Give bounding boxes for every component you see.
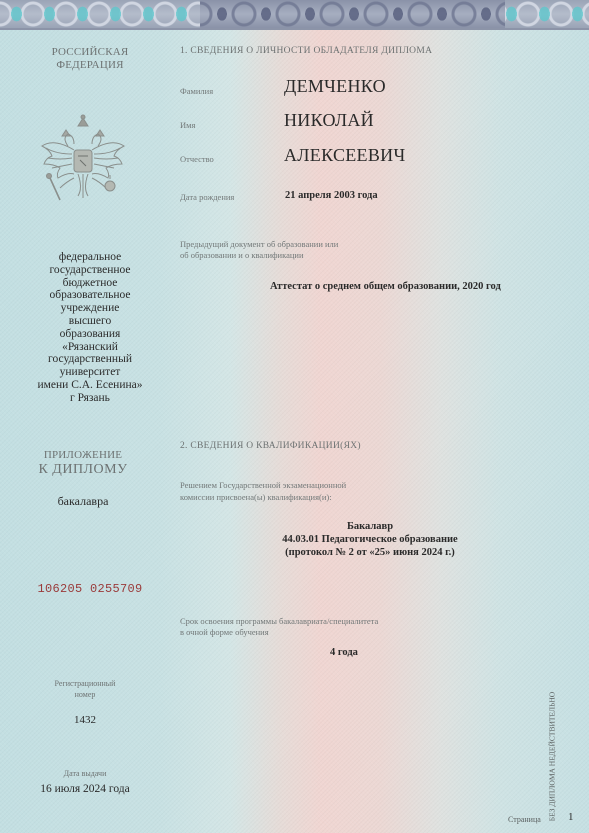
study-term-value: 4 года <box>330 647 358 658</box>
university-line: г Рязань <box>16 392 164 405</box>
reg-label-line-1: Регистрационный <box>30 678 140 689</box>
qualification-block: Бакалавр 44.03.01 Педагогическое образов… <box>230 520 510 559</box>
university-line: «Рязанский <box>16 341 164 354</box>
university-line: образовательное <box>16 289 164 302</box>
page-label: Страница <box>508 815 541 824</box>
qualification-title: Бакалавр <box>230 520 510 533</box>
prev-doc-label-line-2: об образовании и о квалификации <box>180 250 338 261</box>
surname-value: ДЕМЧЕНКО <box>284 76 386 97</box>
university-line: бюджетное <box>16 277 164 290</box>
university-line: высшего <box>16 315 164 328</box>
university-line: образования <box>16 328 164 341</box>
term-label-line-2: в очной форме обучения <box>180 627 378 638</box>
decision-line-2: комиссии присвоена(ы) квалификация(и): <box>180 491 346 503</box>
country-line-1: РОССИЙСКАЯ <box>22 46 158 59</box>
university-line: университет <box>16 366 164 379</box>
birth-date-value: 21 апреля 2003 года <box>285 190 378 201</box>
validity-note-vertical: БЕЗ ДИПЛОМА НЕДЕЙСТВИТЕЛЬНО <box>548 677 557 833</box>
university-line: учреждение <box>16 302 164 315</box>
supplement-title-line1: ПРИЛОЖЕНИЕ <box>22 449 144 461</box>
qualification-program: 44.03.01 Педагогическое образование <box>230 533 510 546</box>
university-line: государственное <box>16 264 164 277</box>
previous-document-value: Аттестат о среднем общем образовании, 20… <box>270 281 501 292</box>
patronymic-label: Отчество <box>180 154 214 164</box>
page-number: 1 <box>568 811 574 823</box>
decision-line-1: Решением Государственной экзаменационной <box>180 479 346 491</box>
university-line: федеральное <box>16 251 164 264</box>
qualification-protocol: (протокол № 2 от «25» июня 2024 г.) <box>230 546 510 559</box>
issue-date: 16 июля 2024 года <box>15 783 155 795</box>
prev-doc-label-line-1: Предыдущий документ об образовании или <box>180 239 338 250</box>
reg-label-line-2: номер <box>30 689 140 700</box>
first-name-value: НИКОЛАЙ <box>284 110 374 131</box>
surname-label: Фамилия <box>180 86 213 96</box>
country-line-2: ФЕДЕРАЦИЯ <box>22 59 158 72</box>
patronymic-value: АЛЕКСЕЕВИЧ <box>284 145 405 166</box>
serial-number: 106205 0255709 <box>15 582 165 596</box>
section-2-heading: 2. СВЕДЕНИЯ О КВАЛИФИКАЦИИ(ЯХ) <box>180 441 361 451</box>
security-ornament-band <box>0 0 589 30</box>
supplement-title-line2: К ДИПЛОМУ <box>22 462 144 478</box>
degree-level: бакалавра <box>22 494 144 509</box>
study-term-label: Срок освоения программы бакалавриата/спе… <box>180 616 378 638</box>
first-name-label: Имя <box>180 120 195 130</box>
registration-number-label: Регистрационный номер <box>30 678 140 700</box>
previous-document-label: Предыдущий документ об образовании или о… <box>180 239 338 261</box>
birth-date-label: Дата рождения <box>180 192 234 202</box>
registration-number: 1432 <box>30 714 140 726</box>
ornament-dark-segment <box>200 0 505 28</box>
commission-decision-label: Решением Государственной экзаменационной… <box>180 479 346 503</box>
university-line: государственный <box>16 353 164 366</box>
issue-date-label: Дата выдачи <box>20 769 150 778</box>
university-line: имени С.А. Есенина» <box>16 379 164 392</box>
term-label-line-1: Срок освоения программы бакалавриата/спе… <box>180 616 378 627</box>
university-name: федеральное государственное бюджетное об… <box>16 251 164 405</box>
section-1-heading: 1. СВЕДЕНИЯ О ЛИЧНОСТИ ОБЛАДАТЕЛЯ ДИПЛОМ… <box>180 46 432 56</box>
russian-coat-of-arms-icon <box>38 112 128 212</box>
country-name: РОССИЙСКАЯ ФЕДЕРАЦИЯ <box>22 46 158 72</box>
